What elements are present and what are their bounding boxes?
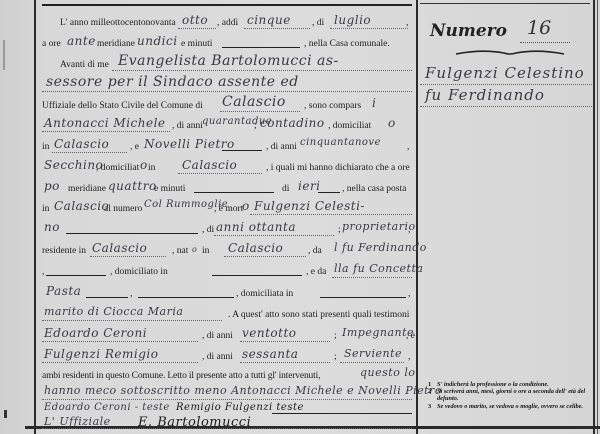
printed-text: , i quali mi hanno dichiarato che a ore (266, 163, 410, 173)
frame-border-right (593, 0, 595, 434)
record-line-3: Avanti di me Evangelista Bartolomucci as… (42, 53, 412, 73)
handwritten-father: l fu Ferdinando (334, 241, 427, 254)
printed-text: , di anni (202, 331, 233, 341)
officer-title: L' Uffiziale (44, 415, 111, 428)
handwritten-mother-surname: Pasta (46, 284, 81, 298)
record-line-1: L' anno milleottocentonovanta otto , add… (42, 11, 412, 31)
record-line-13: , , domiciliato in , e da lla fu Concett… (42, 260, 412, 280)
frame-divider (416, 0, 418, 434)
printed-text: , (408, 289, 410, 299)
handwritten-suffix: o (242, 199, 250, 213)
printed-text: in (42, 142, 49, 152)
printed-text: , è mort (214, 204, 243, 214)
printed-text: in (42, 204, 49, 214)
printed-text: , da (308, 246, 322, 256)
handwritten-suffix: o (388, 116, 396, 130)
record-line-2: a ore ante meridiane undici e minuti , n… (42, 32, 412, 52)
handwritten-occupation: Secchino (44, 158, 103, 172)
handwritten-birthplace: Calascio (228, 241, 283, 255)
record-number: 16 (527, 17, 551, 39)
handwritten-month: luglio (334, 13, 371, 27)
printed-text: , di anni (202, 352, 233, 362)
printed-text: , nella casa posta (342, 184, 406, 194)
printed-text: a ore (42, 39, 61, 49)
footnotes: 1 S' indicherà la professione o la condi… (428, 381, 590, 410)
top-rule (42, 4, 412, 6)
handwritten-ante: ante (67, 34, 96, 48)
printed-text: , e da (306, 267, 326, 277)
handwritten-day: ieri (298, 179, 321, 193)
record-line-17: Fulgenzi Remigio , di anni sessanta ; Se… (42, 345, 412, 365)
printed-text: ; (254, 121, 257, 131)
printed-text: . A quest' atto sono stati presenti qual… (228, 310, 409, 320)
handwritten-age: anni ottanta (216, 220, 296, 234)
footnote-number: 3 (428, 403, 437, 410)
printed-text: meridiane (97, 39, 135, 49)
handwritten-witness-1: Antonacci Michele (44, 116, 166, 130)
handwritten-year: otto (182, 13, 208, 27)
record-line-8: Secchino , domiciliat o in Calascio , i … (42, 156, 412, 176)
witness-signature: Edoardo Ceroni - teste (44, 402, 170, 413)
handwritten-suffix: i (372, 96, 376, 110)
printed-text: , di anni (266, 142, 297, 152)
record-line-5: Uffiziale dello Stato Civile del Comune … (42, 94, 412, 114)
death-record-page: L' anno milleottocentonovanta otto , add… (0, 0, 600, 434)
printed-text: , (42, 267, 44, 277)
record-line-11: no , di anni ottanta ; proprietario , (42, 218, 412, 238)
handwritten-age: ventotto (242, 326, 297, 340)
frame-border-outer (597, 0, 598, 434)
printed-text: meridiane (68, 184, 106, 194)
printed-text: , domiciliat (96, 163, 139, 173)
frame-border-left (34, 0, 36, 434)
handwritten-witness-3: Edoardo Ceroni (44, 326, 147, 340)
printed-text: , e (130, 142, 139, 152)
printed-text: in (202, 246, 209, 256)
printed-text: al numero (104, 204, 142, 214)
record-line-14: Pasta , , domiciliata in , (42, 282, 412, 302)
printed-text: , addì (217, 18, 238, 28)
printed-text: in (148, 163, 155, 173)
printed-text: , nella Casa comunale. (304, 39, 390, 49)
handwritten-text: questo lo (360, 366, 415, 379)
footnote: 1 S' indicherà la professione o la condi… (428, 381, 590, 388)
witness-signature: Remigio Fulgenzi teste (176, 402, 304, 413)
printed-text: Uffiziale dello Stato Civile del Comune … (42, 101, 203, 111)
handwritten-age: sessanta (242, 347, 298, 361)
footnote-number: 2 (428, 388, 437, 402)
printed-text: , (406, 18, 408, 28)
printed-text: , (130, 289, 132, 299)
printed-text: , domiciliat (328, 121, 371, 131)
handwritten-place: Calascio (54, 199, 109, 213)
record-line-15: marito di Ciocca Maria . A quest' atto s… (42, 303, 412, 323)
footnote-number: 1 (428, 381, 437, 388)
record-line-4: sessore per il Sindaco assente ed (42, 74, 412, 94)
printed-text: , (408, 352, 410, 362)
handwritten-post: po (44, 179, 60, 193)
printed-text: residente in (42, 246, 86, 256)
printed-text: , domiciliato in (110, 267, 168, 277)
deceased-father: fu Ferdinando (425, 86, 545, 104)
handwritten-occupation: Serviente (344, 347, 402, 360)
handwritten-suffix: o (192, 245, 197, 254)
printed-text: di (282, 184, 289, 194)
record-line-19: hanno meco sottoscritto meno Antonacci M… (42, 382, 412, 402)
printed-text: ; (334, 331, 337, 341)
handwritten-suffix: o (140, 158, 148, 172)
footnote-text: S' indicherà la professione o la condizi… (437, 381, 549, 388)
record-line-9: po meridiane quattro e minuti di ieri , … (42, 177, 412, 197)
printed-text: ; (334, 352, 337, 362)
handwritten-residence: Calascio (92, 241, 147, 255)
record-line-6: Antonacci Michele , di anni quarantadue … (42, 114, 412, 134)
printed-text: , di anni (172, 121, 203, 131)
handwritten-text: no (44, 220, 60, 234)
handwritten-comune: Calascio (222, 94, 286, 110)
printed-text: , (408, 225, 410, 235)
printed-text: , di (312, 18, 324, 28)
handwritten-occupation: contadino (260, 116, 325, 130)
handwritten-place: Calascio (182, 158, 237, 172)
record-line-21: L' Uffiziale E. Bartolomucci (42, 413, 412, 433)
record-line-16: Edoardo Ceroni , di anni ventotto ; Impe… (42, 324, 412, 344)
top-rule (420, 3, 590, 4)
record-line-7: in Calascio , e Novelli Pietro , di anni… (42, 135, 412, 155)
record-line-12: residente in Calascio , nat o in Calasci… (42, 239, 412, 259)
printed-text: Avanti di me (60, 60, 109, 70)
handwritten-occupation: proprietario (342, 220, 416, 233)
handwritten-deceased-name: Fulgenzi Celesti- (254, 199, 365, 213)
handwritten-occupation: Impegnante (342, 326, 414, 339)
footnote: 3 Se vedovo o marito, se vedova o moglie… (428, 403, 590, 410)
printed-text: , (407, 142, 409, 152)
printed-text: , domiciliata in (236, 289, 293, 299)
margin-mark (3, 40, 5, 70)
record-line-10: in Calascio al numero Col Rummoglie , è … (42, 197, 412, 217)
handwritten-place: Calascio (54, 137, 109, 151)
printed-text: , sono compars (304, 101, 361, 111)
handwritten-hour: quattro (108, 179, 157, 193)
handwritten-spouse: marito di Ciocca Maria (44, 305, 183, 318)
handwritten-witness-4: Fulgenzi Remigio (44, 347, 158, 361)
printed-text: ambi residenti in questo Comune. Letto i… (42, 371, 320, 381)
handwritten-text: sessore per il Sindaco assente ed (46, 74, 299, 90)
deceased-name: Fulgenzi Celestino (425, 64, 585, 82)
handwritten-mother: lla fu Concetta (334, 262, 423, 275)
footnote-text: Si scriverà anni, mesi, giorni o ore a s… (437, 388, 590, 402)
footnote-text: Se vedovo o marito, se vedova o moglie, … (437, 403, 583, 410)
printed-text: , di (202, 225, 214, 235)
numero-label: Numero (430, 21, 507, 41)
handwritten-text: hanno meco sottoscritto meno Antonacci M… (44, 384, 442, 397)
record-line-18: ambi residenti in questo Comune. Letto i… (42, 364, 412, 384)
footnote: 2 Si scriverà anni, mesi, giorni o ore a… (428, 388, 590, 402)
handwritten-witness-2: Novelli Pietro (144, 137, 235, 151)
printed-text: , e (406, 331, 415, 341)
handwritten-day: cinque (247, 13, 291, 27)
ornament-flourish-icon (454, 49, 566, 57)
handwritten-officer-name: Evangelista Bartolomucci as- (118, 53, 339, 69)
handwritten-age: cinquantanove (300, 137, 381, 148)
printed-text: e minuti (181, 39, 212, 49)
printed-text: ; (338, 225, 341, 235)
printed-text: e minuti (154, 184, 185, 194)
handwritten-hour: undici (137, 34, 178, 48)
margin-mark (4, 410, 7, 418)
printed-text: L' anno milleottocentonovanta (60, 18, 176, 28)
printed-text: , nat (172, 246, 188, 256)
